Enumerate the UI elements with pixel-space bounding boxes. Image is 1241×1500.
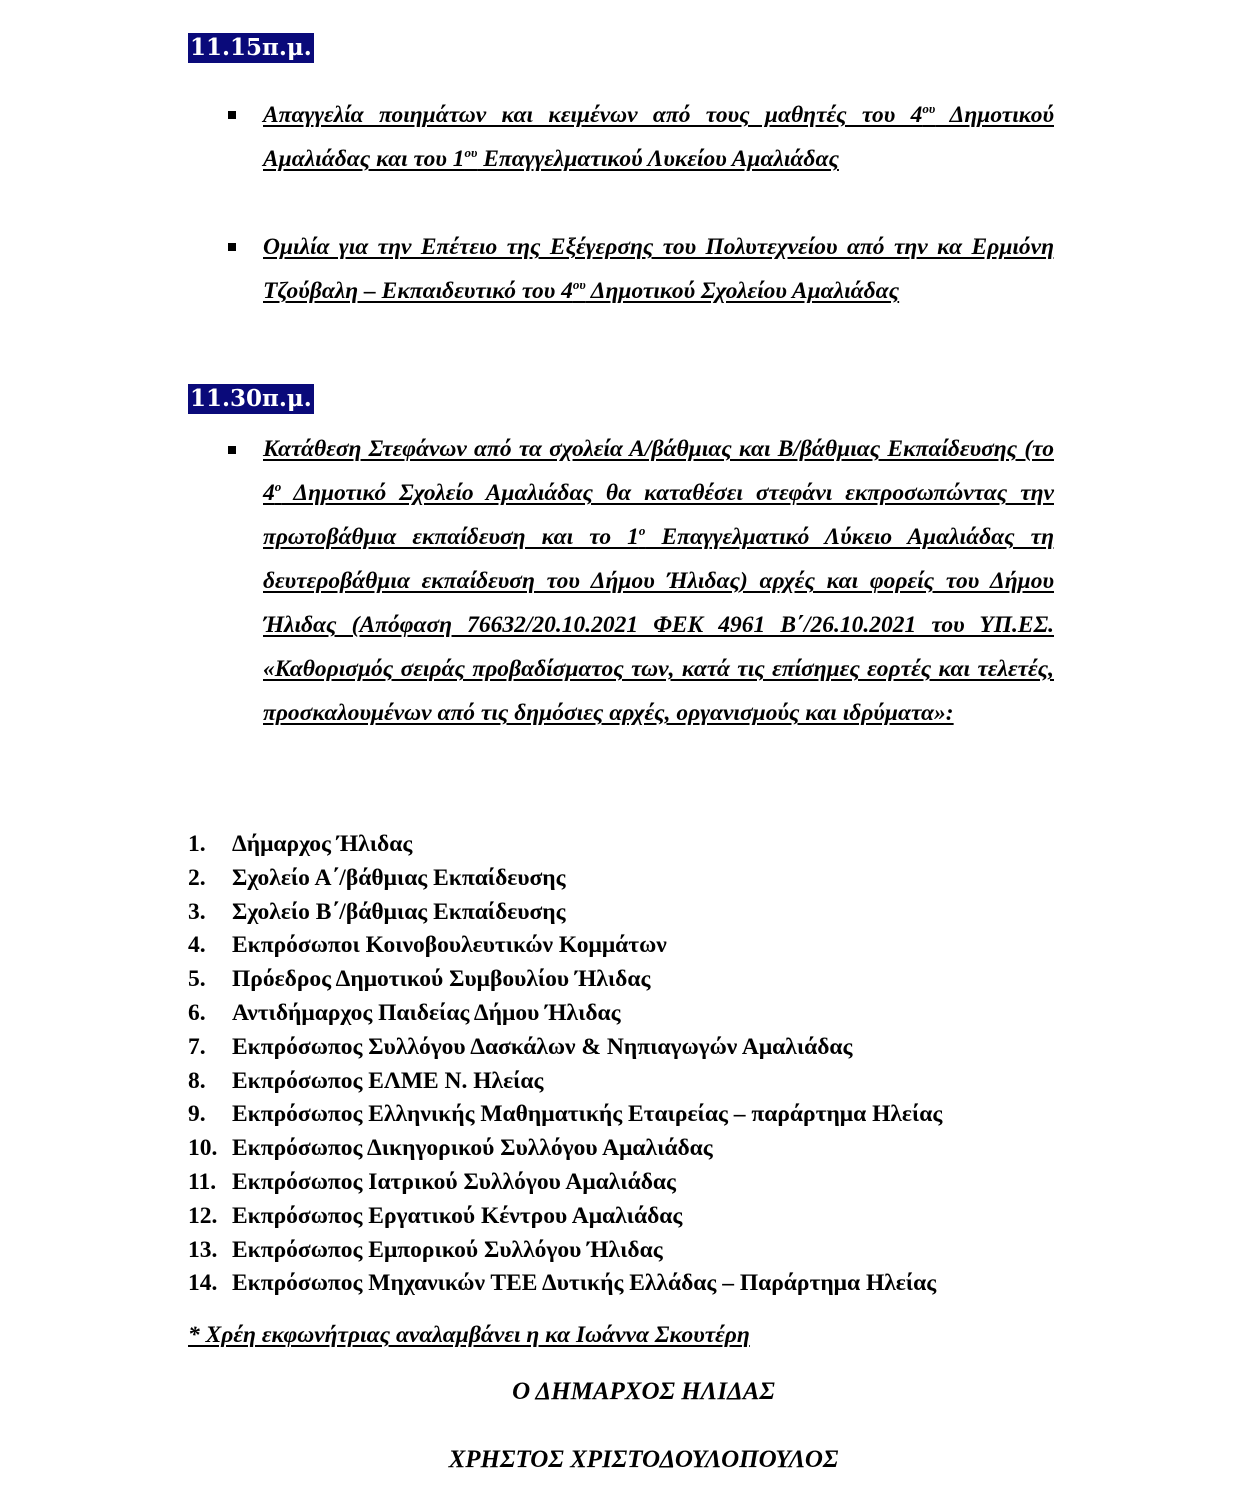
list-item: 10.Εκπρόσωπος Δικηγορικού Συλλόγου Αμαλι… [188,1132,942,1166]
signature-title: Ο ΔΗΜΑΡΧΟΣ ΗΛΙΔΑΣ [0,1378,1241,1406]
list-text: Εκπρόσωπος Εμπορικού Συλλόγου Ήλιδας [232,1237,663,1263]
list-item: 6.Αντιδήμαρχος Παιδείας Δήμου Ήλιδας [188,997,942,1031]
time-badge-1130: 11.30π.μ. [188,384,314,414]
list-number: 3. [188,896,232,930]
program-item-poetry-recital: Απαγγελία ποιημάτων και κειμένων από του… [263,93,1054,181]
list-text: Σχολείο Β΄/βάθμιας Εκπαίδευσης [232,899,566,925]
text-run: Απαγγελία ποιημάτων και κειμένων από του… [263,102,922,128]
text-run: Επαγγελματικό Λύκειο Αμαλιάδας τη δευτερ… [263,524,1054,726]
list-number: 12. [188,1200,232,1234]
list-item: 9.Εκπρόσωπος Ελληνικής Μαθηματικής Εταιρ… [188,1098,942,1132]
text-run: Δημοτικού Σχολείου Αμαλιάδας [586,278,899,304]
announcer-note: * Χρέη εκφωνήτριας αναλαμβάνει η κα Ιωάν… [188,1322,750,1349]
bullet-icon [228,111,236,119]
list-text: Σχολείο Α΄/βάθμιας Εκπαίδευσης [232,865,566,891]
list-item: 7.Εκπρόσωπος Συλλόγου Δασκάλων & Νηπιαγω… [188,1031,942,1065]
ordinal-superscript: ου [464,145,477,160]
list-item: 14.Εκπρόσωπος Μηχανικών ΤΕΕ Δυτικής Ελλά… [188,1267,942,1301]
list-number: 10. [188,1132,232,1166]
program-item-speech: Ομιλία για την Επέτειο της Εξέγερσης του… [263,225,1054,313]
list-text: Εκπρόσωποι Κοινοβουλευτικών Κομμάτων [232,932,667,958]
list-number: 1. [188,828,232,862]
text-run: Επαγγελματικού Λυκείου Αμαλιάδας [477,146,839,172]
list-text: Αντιδήμαρχος Παιδείας Δήμου Ήλιδας [232,1000,621,1026]
list-text: Εκπρόσωπος Ιατρικού Συλλόγου Αμαλιάδας [232,1169,676,1195]
list-text: Εκπρόσωπος Εργατικού Κέντρου Αμαλιάδας [232,1203,682,1229]
list-item: 12.Εκπρόσωπος Εργατικού Κέντρου Αμαλιάδα… [188,1200,942,1234]
program-item-wreath-laying: Κατάθεση Στεφάνων από τα σχολεία Α/βάθμι… [263,427,1054,735]
list-number: 8. [188,1065,232,1099]
list-text: Εκπρόσωπος Συλλόγου Δασκάλων & Νηπιαγωγώ… [232,1034,852,1060]
list-item: 13.Εκπρόσωπος Εμπορικού Συλλόγου Ήλιδας [188,1234,942,1268]
list-number: 4. [188,929,232,963]
list-text: Εκπρόσωπος Δικηγορικού Συλλόγου Αμαλιάδα… [232,1135,713,1161]
signature-name: ΧΡΗΣΤΟΣ ΧΡΙΣΤΟΔΟΥΛΟΠΟΥΛΟΣ [0,1446,1241,1474]
bullet-icon [228,446,236,454]
list-item: 8.Εκπρόσωπος ΕΛΜΕ Ν. Ηλείας [188,1065,942,1099]
list-text: Εκπρόσωπος Ελληνικής Μαθηματικής Εταιρεί… [232,1101,942,1127]
list-number: 5. [188,963,232,997]
list-number: 7. [188,1031,232,1065]
list-item: 2.Σχολείο Α΄/βάθμιας Εκπαίδευσης [188,862,942,896]
ordinal-superscript: ου [922,101,935,116]
list-text: Πρόεδρος Δημοτικού Συμβουλίου Ήλιδας [232,966,650,992]
precedence-list: 1.Δήμαρχος Ήλιδας 2.Σχολείο Α΄/βάθμιας Ε… [188,828,942,1301]
list-text: Εκπρόσωπος Μηχανικών ΤΕΕ Δυτικής Ελλάδας… [232,1270,936,1296]
list-item: 4.Εκπρόσωποι Κοινοβουλευτικών Κομμάτων [188,929,942,963]
list-number: 6. [188,997,232,1031]
list-item: 5.Πρόεδρος Δημοτικού Συμβουλίου Ήλιδας [188,963,942,997]
list-text: Εκπρόσωπος ΕΛΜΕ Ν. Ηλείας [232,1068,543,1094]
list-text: Δήμαρχος Ήλιδας [232,831,412,857]
list-number: 13. [188,1234,232,1268]
list-item: 1.Δήμαρχος Ήλιδας [188,828,942,862]
list-number: 2. [188,862,232,896]
list-item: 3.Σχολείο Β΄/βάθμιας Εκπαίδευσης [188,896,942,930]
list-number: 11. [188,1166,232,1200]
bullet-icon [228,243,236,251]
list-item: 11.Εκπρόσωπος Ιατρικού Συλλόγου Αμαλιάδα… [188,1166,942,1200]
time-badge-1115: 11.15π.μ. [188,33,314,63]
ordinal-superscript: ου [573,277,586,292]
list-number: 9. [188,1098,232,1132]
list-number: 14. [188,1267,232,1301]
